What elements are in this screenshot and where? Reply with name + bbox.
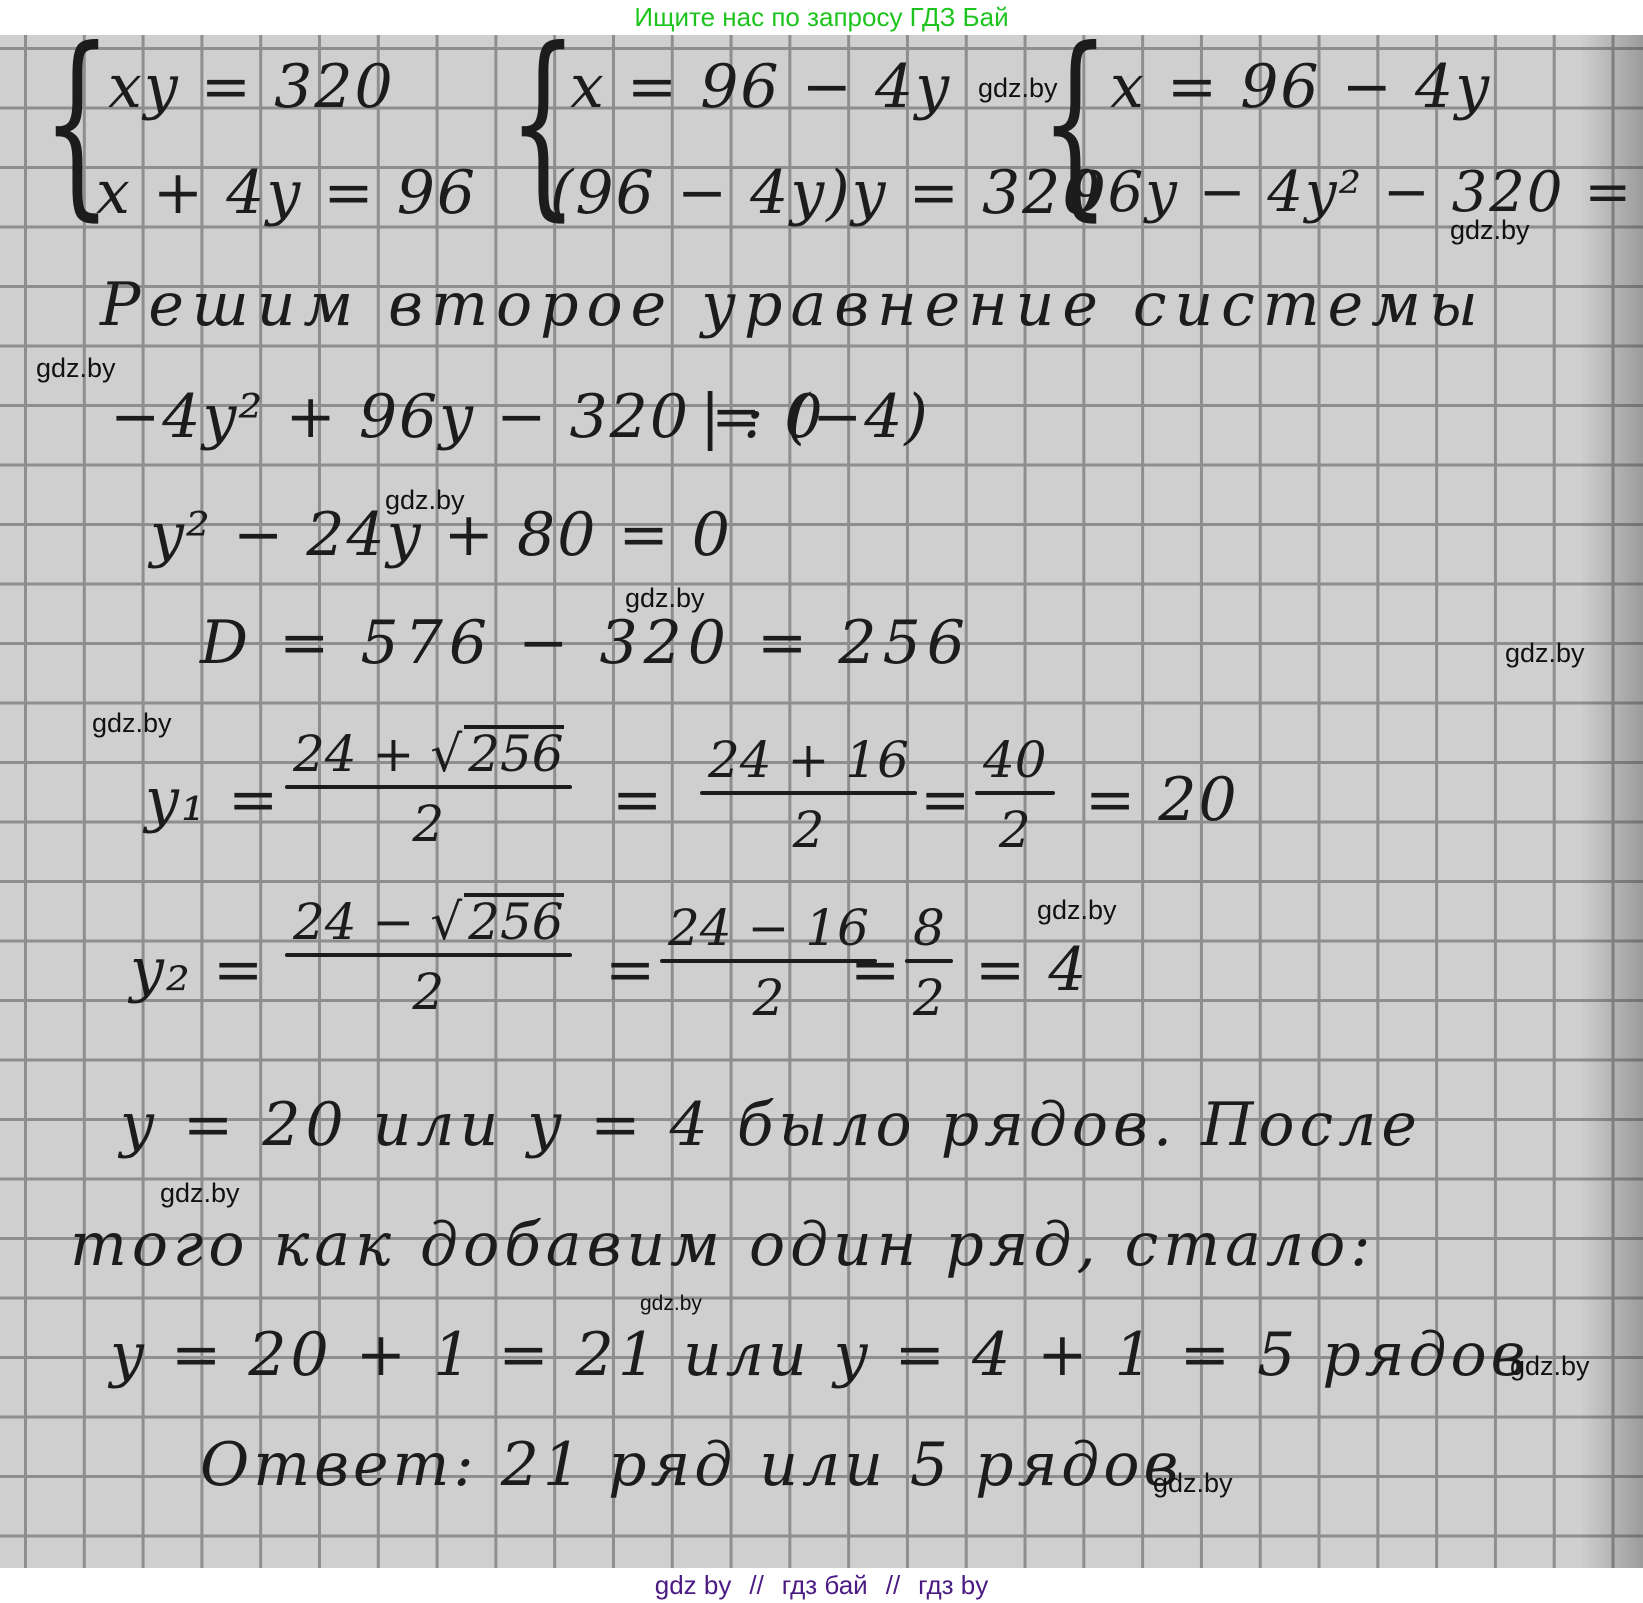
footer-links: gdz by // гдз бай // гдз by (0, 1568, 1643, 1603)
square-root-icon: √ (430, 725, 462, 783)
watermark: gdz.by (385, 487, 465, 514)
y2-denominator: 2 (412, 957, 444, 1017)
discriminant: D = 576 − 320 = 256 (200, 613, 971, 673)
watermark: gdz.by (1037, 897, 1117, 924)
watermark: gdz.by (625, 585, 705, 612)
system3-line1: x = 96 − 4y (1110, 57, 1491, 117)
footer-link-gdz-bai[interactable]: гдз бай (782, 1570, 868, 1601)
footer-separator: // (749, 1570, 763, 1601)
y2-fraction-difference: 24 − 16 2 (660, 903, 877, 1023)
y1-denominator: 2 (412, 789, 444, 849)
watermark: gdz.by (160, 1180, 240, 1207)
radicand: 256 (464, 893, 563, 947)
watermark: gdz.by (1450, 217, 1530, 244)
watermark: gdz.by (640, 1293, 702, 1314)
conclusion-line-2: того как добавим один ряд, стало: (70, 1215, 1375, 1275)
system2-line2: (96 − 4y)y = 320 (550, 163, 1103, 223)
y1-numerator: 24 + (293, 725, 430, 783)
equals-sign: = (612, 770, 664, 830)
y1-fraction-40: 40 2 (975, 735, 1055, 855)
equals-sign: = (850, 940, 902, 1000)
y1-fraction-sum: 24 + 16 2 (700, 735, 917, 855)
footer-link-gdz-by-cyrillic[interactable]: гдз by (918, 1570, 988, 1601)
watermark: gdz.by (36, 355, 116, 382)
watermark: gdz.by (1153, 1470, 1233, 1497)
division-note: | : (−4) (700, 387, 930, 447)
answer-line: Ответ: 21 ряд или 5 рядов (200, 1435, 1182, 1495)
system1-line2: x + 4y = 96 (96, 163, 477, 223)
footer-separator: // (886, 1570, 900, 1601)
footer-link-gdz-by[interactable]: gdz by (655, 1570, 732, 1601)
y1-label: y₁ = (145, 770, 280, 830)
y2-result: = 4 (975, 940, 1089, 1000)
watermark: gdz.by (1510, 1353, 1590, 1380)
y1-result: = 20 (1085, 770, 1239, 830)
equals-sign: = (920, 770, 972, 830)
conclusion-line-1: y = 20 или y = 4 было рядов. После (120, 1095, 1422, 1155)
system2-line1: x = 96 − 4y (570, 57, 951, 117)
watermark: gdz.by (1505, 640, 1585, 667)
y1-fraction-root: 24 + √256 2 (285, 725, 572, 849)
radicand: 256 (464, 725, 563, 779)
y2-fraction-root: 24 − √256 2 (285, 893, 572, 1017)
watermark: gdz.by (978, 75, 1058, 102)
system3-line2: 96y − 4y² − 320 = 0 (1070, 165, 1643, 221)
handwritten-solution-photo: { xy = 320 x + 4y = 96 { x = 96 − 4y (96… (0, 35, 1643, 1568)
equals-sign: = (605, 940, 657, 1000)
y2-label: y₂ = (130, 940, 265, 1000)
y2-numerator: 24 − (293, 893, 430, 951)
watermark: gdz.by (92, 710, 172, 737)
instruction-text: Решим второе уравнение системы (100, 275, 1486, 335)
system1-line1: xy = 320 (108, 57, 395, 117)
square-root-icon: √ (430, 893, 462, 951)
final-computation: y = 20 + 1 = 21 или y = 4 + 1 = 5 рядов (110, 1325, 1530, 1385)
y2-fraction-8: 8 2 (905, 903, 953, 1023)
search-hint-banner[interactable]: Ищите нас по запросу ГДЗ Бай (0, 0, 1643, 35)
